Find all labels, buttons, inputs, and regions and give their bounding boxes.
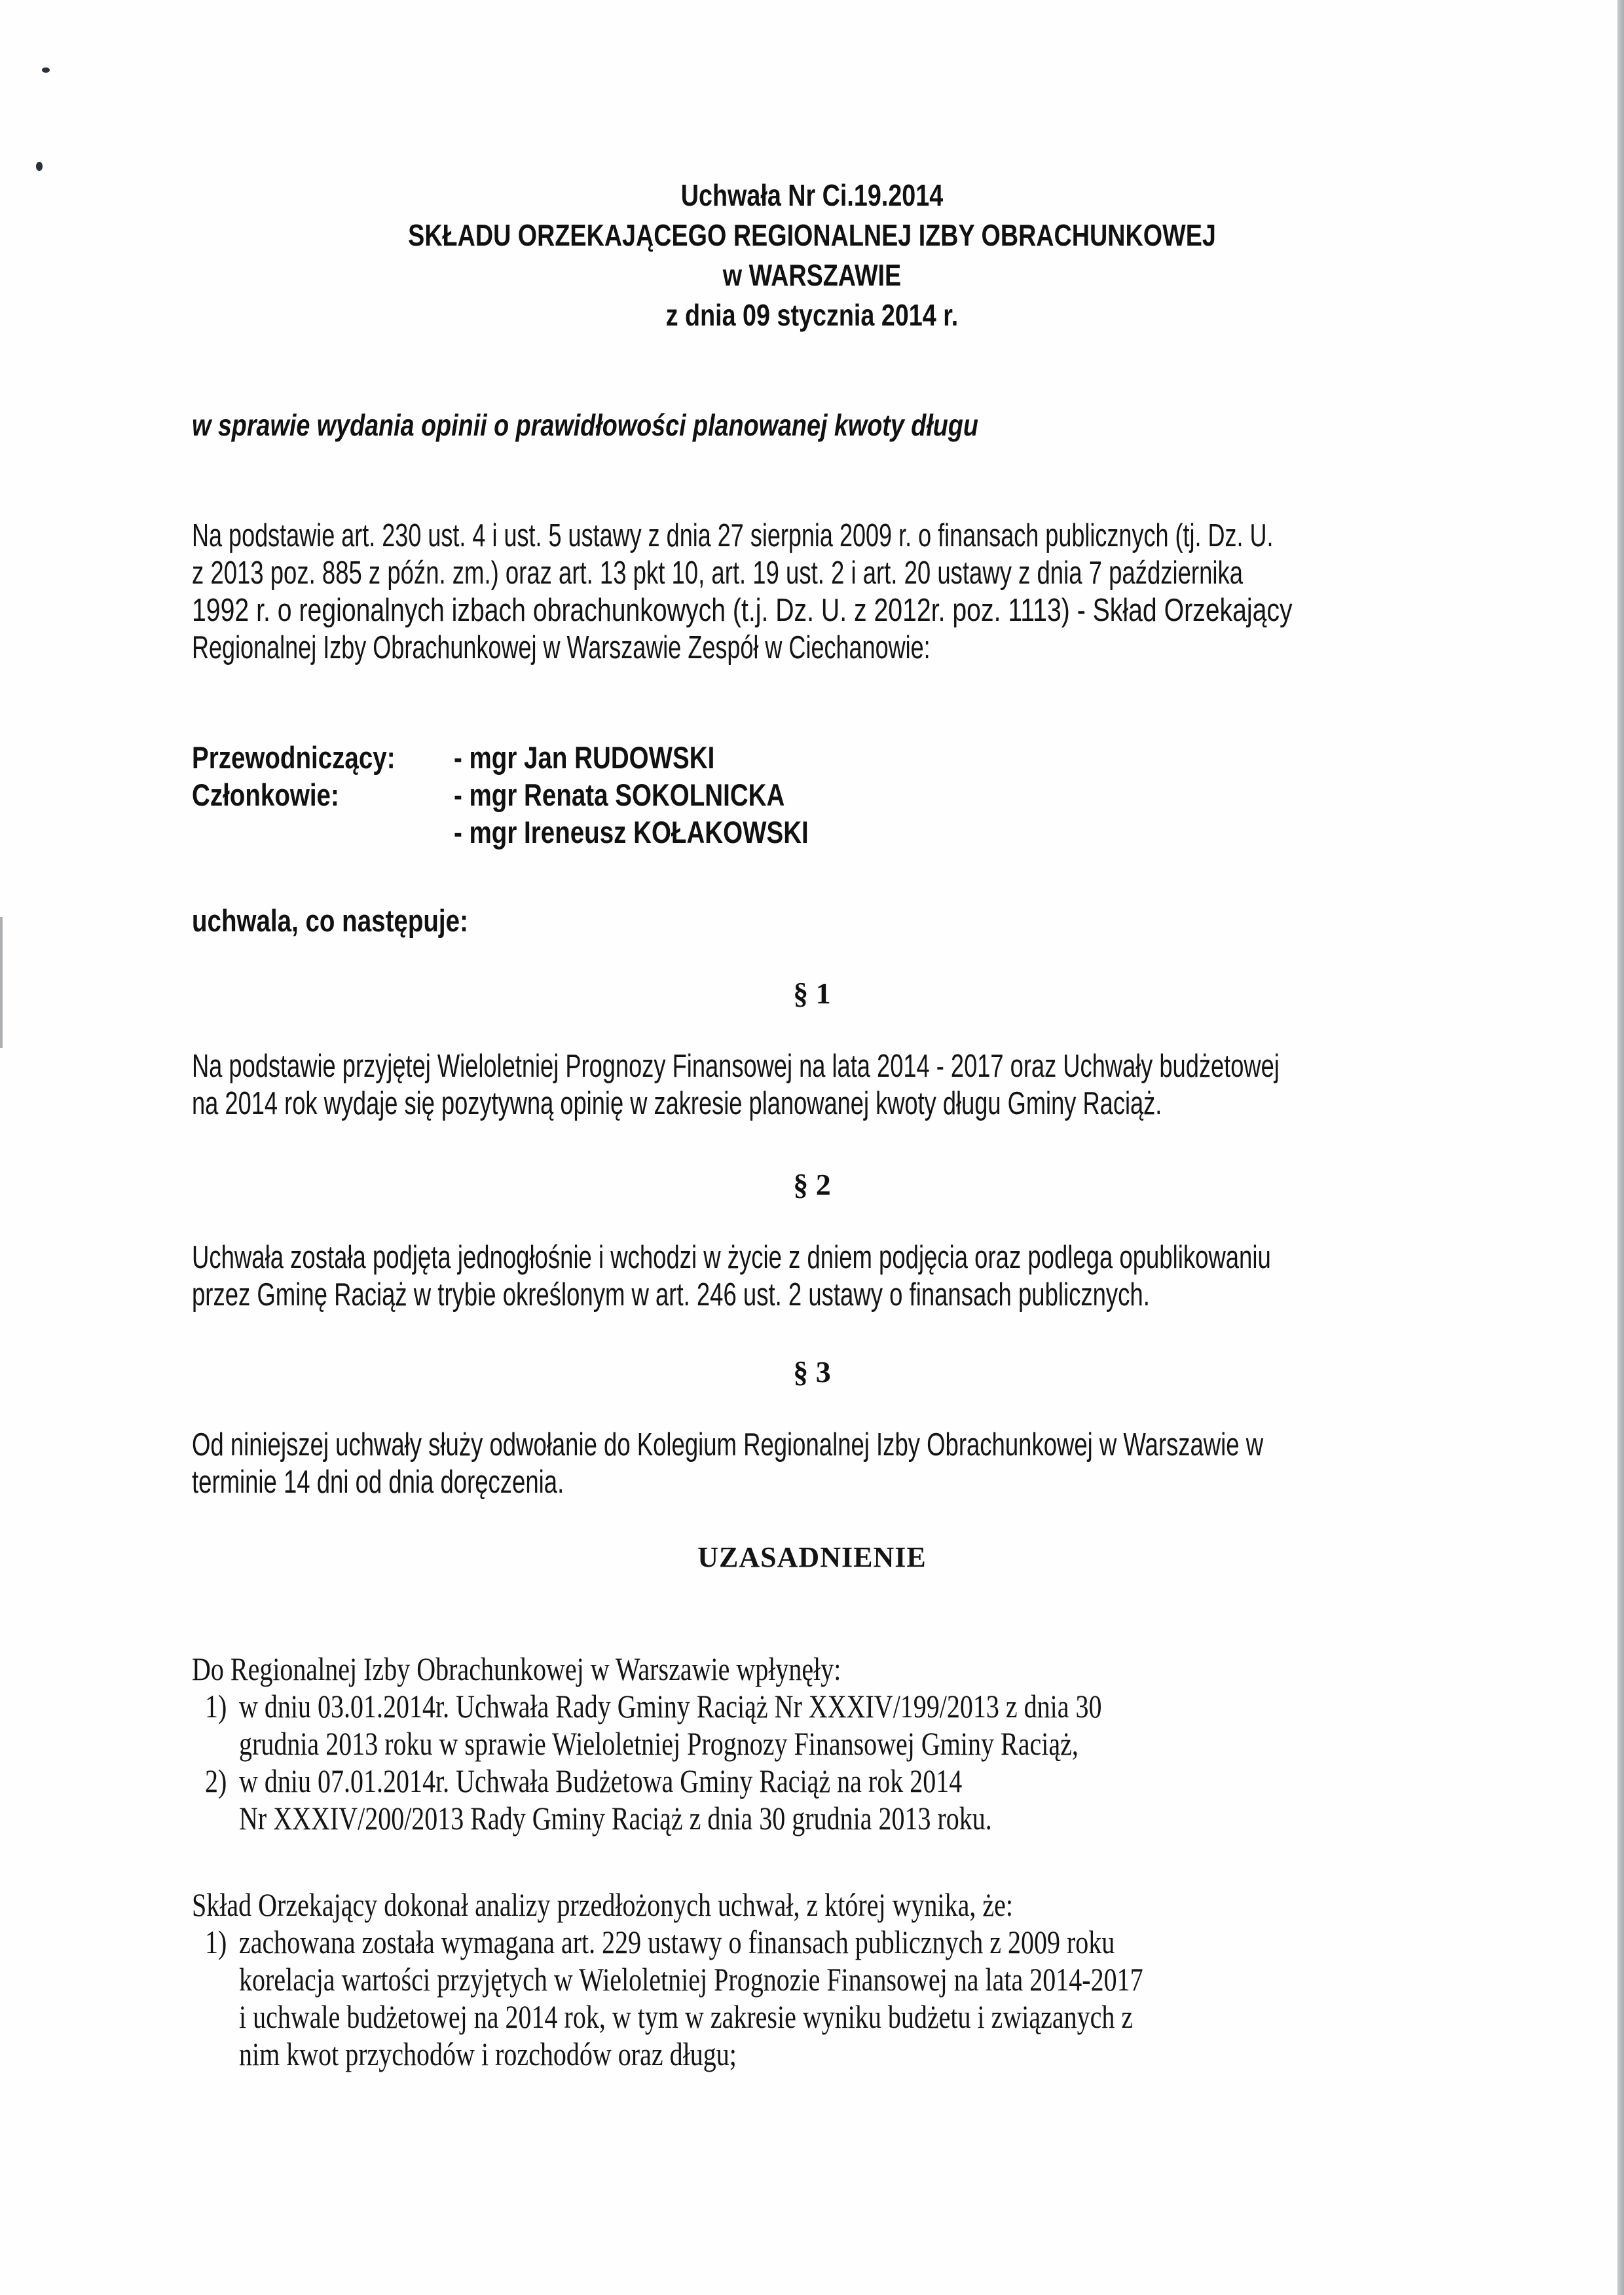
justification-received: Do Regionalnej Izby Obrachunkowej w Wars… — [192, 1651, 1318, 1837]
section-3-text: Od niniejszej uchwały służy odwołanie do… — [192, 1427, 1624, 1501]
text-line: Na podstawie art. 230 ust. 4 i ust. 5 us… — [192, 517, 1274, 555]
legal-basis-paragraph: Na podstawie art. 230 ust. 4 i ust. 5 us… — [192, 517, 1624, 667]
resolves-clause: uchwala, co następuje: — [192, 903, 468, 939]
text-line: grudnia 2013 roku w sprawie Wieloletniej… — [239, 1725, 1102, 1763]
list-number: 1) — [205, 1924, 227, 1961]
scan-speck — [42, 67, 50, 73]
list-number: 2) — [205, 1763, 227, 1800]
section-mark-3: § 3 — [0, 1354, 1624, 1389]
text-line: Skład Orzekający dokonał analizy przedło… — [192, 1886, 1134, 1924]
received-item-1: 1) w dniu 03.01.2014r. Uchwała Rady Gmin… — [192, 1688, 1318, 1763]
text-line: w dniu 03.01.2014r. Uchwała Rady Gminy R… — [239, 1688, 1102, 1725]
text-line: terminie 14 dni od dnia doręczenia. — [192, 1464, 1263, 1501]
text-line: Od niniejszej uchwały służy odwołanie do… — [192, 1427, 1263, 1464]
justification-heading: UZASADNIENIE — [0, 1540, 1624, 1574]
chair-label: Przewodniczący: — [192, 739, 396, 776]
issuing-city: w WARSZAWIE — [146, 255, 1478, 295]
members-label: Członkowie: — [192, 776, 339, 813]
member-name: - mgr Ireneusz KOŁAKOWSKI — [454, 813, 809, 851]
text-line: Na podstawie przyjętej Wieloletniej Prog… — [192, 1048, 1280, 1085]
text-line: zachowana została wymagana art. 229 usta… — [239, 1924, 1143, 1961]
list-number: 1) — [205, 1688, 227, 1725]
received-item-2: 2) w dniu 07.01.2014r. Uchwała Budżetowa… — [192, 1763, 1318, 1837]
text-line: przez Gminę Raciąż w trybie określonym w… — [192, 1277, 1271, 1314]
text-line: w dniu 07.01.2014r. Uchwała Budżetowa Gm… — [239, 1763, 1102, 1800]
text-line: korelacja wartości przyjętych w Wielolet… — [239, 1961, 1143, 1998]
resolution-subject: w sprawie wydania opinii o prawidłowości… — [192, 407, 978, 443]
scan-speck — [36, 162, 43, 171]
section-1-text: Na podstawie przyjętej Wieloletniej Prog… — [192, 1048, 1624, 1123]
text-line: nim kwot przychodów i rozchodów oraz dłu… — [239, 2036, 1143, 2073]
justification-findings: Skład Orzekający dokonał analizy przedło… — [192, 1886, 1369, 2073]
text-line: Nr XXXIV/200/2013 Rady Gminy Raciąż z dn… — [239, 1800, 1102, 1837]
text-line: z 2013 poz. 885 z późn. zm.) oraz art. 1… — [192, 555, 1288, 592]
scanned-page: Uchwała Nr Ci.19.2014 SKŁADU ORZEKAJĄCEG… — [0, 0, 1624, 2295]
finding-item-1: 1) zachowana została wymagana art. 229 u… — [192, 1924, 1369, 2073]
chair-name: - mgr Jan RUDOWSKI — [454, 739, 714, 776]
section-mark-1: § 1 — [0, 976, 1624, 1011]
text-line: 1992 r. o regionalnych izbach obrachunko… — [192, 592, 1369, 629]
section-2-text: Uchwała została podjęta jednogłośnie i w… — [192, 1239, 1624, 1314]
text-line: Do Regionalnej Izby Obrachunkowej w Wars… — [192, 1651, 1092, 1688]
resolution-number: Uchwała Nr Ci.19.2014 — [146, 176, 1478, 215]
text-line: na 2014 rok wydaje się pozytywną opinię … — [192, 1085, 1280, 1123]
text-line: i uchwale budżetowej na 2014 rok, w tym … — [239, 1998, 1143, 2036]
text-line: Regionalnej Izby Obrachunkowej w Warszaw… — [192, 629, 1274, 667]
section-mark-2: § 2 — [0, 1167, 1624, 1202]
member-name: - mgr Renata SOKOLNICKA — [454, 776, 784, 813]
text-line: Uchwała została podjęta jednogłośnie i w… — [192, 1239, 1271, 1277]
issuing-body: SKŁADU ORZEKAJĄCEGO REGIONALNEJ IZBY OBR… — [146, 215, 1478, 255]
resolution-date: z dnia 09 stycznia 2014 r. — [146, 295, 1478, 335]
resolution-header: Uchwała Nr Ci.19.2014 SKŁADU ORZEKAJĄCEG… — [0, 176, 1624, 335]
scan-edge-shadow — [1617, 0, 1624, 2295]
